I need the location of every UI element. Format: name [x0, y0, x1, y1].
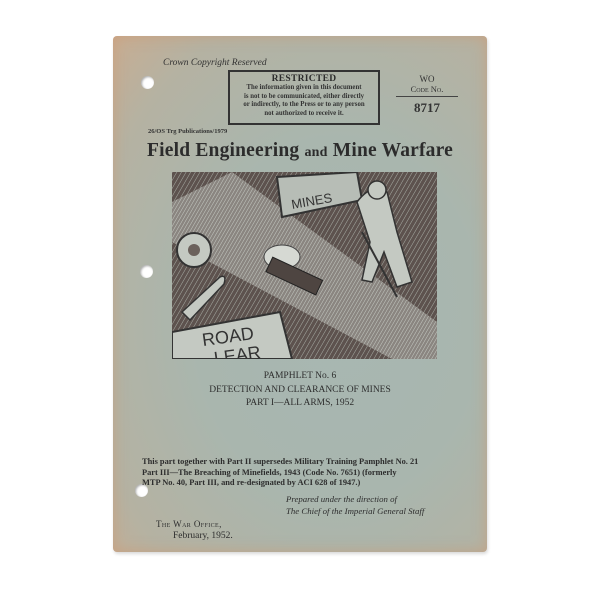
issue-date: February, 1952. — [156, 530, 233, 542]
cover-illustration: MINES ROAD LEAR — [172, 172, 437, 359]
pamphlet-number: PAMPHLET No. 6 — [113, 370, 487, 384]
restricted-line: or indirectly, to the Press or to any pe… — [233, 101, 375, 110]
prepared-line: The Chief of the Imperial General Staff — [286, 506, 424, 518]
supersedes-line: This part together with Part II supersed… — [142, 457, 460, 468]
punch-hole — [140, 265, 153, 278]
restricted-line: The information given in this document — [233, 84, 375, 93]
publication-reference: 26/OS Trg Publications/1979 — [148, 128, 227, 135]
issuer-block: The War Office, February, 1952. — [156, 518, 233, 542]
code-no-label: Code No. — [396, 84, 458, 97]
restricted-text: The information given in this document i… — [230, 84, 378, 118]
document-cover: Crown Copyright Reserved RESTRICTED The … — [113, 36, 487, 552]
title-part2: Mine Warfare — [333, 140, 453, 161]
restricted-line: not authorized to receive it. — [233, 110, 375, 119]
title-connector: and — [304, 145, 327, 160]
pamphlet-part: PART I—ALL ARMS, 1952 — [113, 397, 487, 411]
punch-hole — [141, 76, 154, 89]
restricted-line: is not to be communicated, either direct… — [233, 93, 375, 102]
restricted-notice-box: RESTRICTED The information given in this… — [228, 70, 380, 125]
wo-label: WO — [396, 74, 458, 84]
issuer-office: The War Office, — [156, 518, 233, 530]
prepared-by-note: Prepared under the direction of The Chie… — [286, 494, 424, 517]
copyright-notice: Crown Copyright Reserved — [163, 58, 267, 68]
document-title: Field Engineering and Mine Warfare — [113, 140, 487, 162]
prepared-line: Prepared under the direction of — [286, 494, 424, 506]
restricted-heading: RESTRICTED — [230, 74, 378, 84]
supersedes-line: MTP No. 40, Part III, and re-designated … — [142, 478, 460, 489]
pamphlet-heading: PAMPHLET No. 6 DETECTION AND CLEARANCE O… — [113, 370, 487, 411]
wo-code-block: WO Code No. 8717 — [396, 74, 458, 116]
code-number: 8717 — [396, 100, 458, 116]
supersedes-line: Part III—The Breaching of Minefields, 19… — [142, 468, 460, 479]
title-part1: Field Engineering — [147, 140, 299, 161]
supersedes-note: This part together with Part II supersed… — [142, 457, 460, 489]
pamphlet-subject: DETECTION AND CLEARANCE OF MINES — [113, 384, 487, 398]
